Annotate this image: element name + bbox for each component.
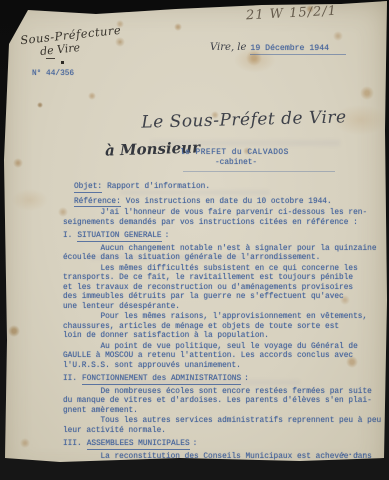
section-title: ASSEMBLEES MUNICIPALES bbox=[87, 440, 190, 450]
archive-reference-pencil: 21 W 15/2/1 bbox=[246, 4, 338, 24]
section-assemblees-municipales: III.ASSEMBLEES MUNICIPALES: La reconstit… bbox=[63, 440, 387, 462]
recipient-service: -cabinet- bbox=[215, 159, 257, 167]
sender-title: Le Sous-Préfet de Vire bbox=[138, 107, 350, 133]
recipient-underline-rule bbox=[183, 171, 335, 172]
dateline-date: 19 Décembre 1944 bbox=[250, 44, 346, 55]
letter-reference-number: N° 44/356 bbox=[32, 70, 74, 78]
letterhead-place: de Vire bbox=[39, 41, 80, 58]
letterhead-dot bbox=[61, 61, 64, 64]
section-colon: : bbox=[193, 440, 198, 448]
paragraph: Tous les autres services administratifs … bbox=[63, 417, 387, 436]
paper-sheet: 21 W 15/2/1 Sous-Préfecture de Vire N° 4… bbox=[0, 0, 389, 480]
section-title: SITUATION GENERALE bbox=[77, 232, 161, 242]
section-colon: : bbox=[244, 375, 249, 383]
subject-label: Objet: bbox=[74, 183, 102, 193]
recipient-salutation-typed: le PREFET du CALVADOS bbox=[180, 149, 289, 157]
meta-block: Objet:Rapport d'information. Référence:V… bbox=[74, 180, 332, 209]
paragraph: Pour les mêmes raisons, l'approvisionnem… bbox=[63, 313, 387, 342]
dateline-place: Vire, le bbox=[210, 42, 246, 53]
section-heading: II.FONCTIONNEMENT des ADMINISTRATIONS: bbox=[63, 375, 387, 385]
paragraph: Au point de vue politique, seul le voyag… bbox=[63, 343, 387, 372]
paragraph: De nombreuses écoles sont encore restées… bbox=[63, 388, 387, 417]
continuation-dots: .... bbox=[341, 449, 368, 458]
section-heading: III.ASSEMBLEES MUNICIPALES: bbox=[63, 440, 387, 450]
document-scan: 21 W 15/2/1 Sous-Préfecture de Vire N° 4… bbox=[0, 0, 389, 480]
intro-paragraph: J'ai l'honneur de vous faire parvenir ci… bbox=[63, 209, 387, 228]
paragraph: La reconstitution des Conseils Municipau… bbox=[63, 453, 387, 463]
section-numeral: III. bbox=[63, 440, 82, 448]
paragraph: Les mêmes difficultés subsistent en ce q… bbox=[63, 265, 387, 313]
subject-value: Rapport d'information. bbox=[107, 183, 210, 191]
paragraph: Aucun changement notable n'est à signale… bbox=[63, 245, 387, 264]
letterhead-dash bbox=[46, 58, 55, 59]
letter-body: J'ai l'honneur de vous faire parvenir ci… bbox=[63, 209, 387, 463]
reference-line: Référence:Vos instructions en date du 10… bbox=[74, 195, 332, 210]
section-title: FONCTIONNEMENT des ADMINISTRATIONS bbox=[82, 375, 241, 385]
subject-line: Objet:Rapport d'information. bbox=[74, 180, 332, 195]
reference-value: Vos instructions en date du 10 octobre 1… bbox=[126, 198, 332, 206]
dateline: Vire, le19 Décembre 1944 bbox=[210, 37, 346, 55]
section-numeral: II. bbox=[63, 375, 77, 383]
section-fonctionnement-administrations: II.FONCTIONNEMENT des ADMINISTRATIONS: D… bbox=[63, 375, 387, 436]
section-numeral: I. bbox=[63, 232, 72, 240]
section-heading: I.SITUATION GENERALE: bbox=[63, 232, 387, 242]
reference-label: Référence: bbox=[74, 198, 121, 208]
section-colon: : bbox=[165, 232, 170, 240]
section-situation-generale: I.SITUATION GENERALE: Aucun changement n… bbox=[63, 232, 387, 371]
